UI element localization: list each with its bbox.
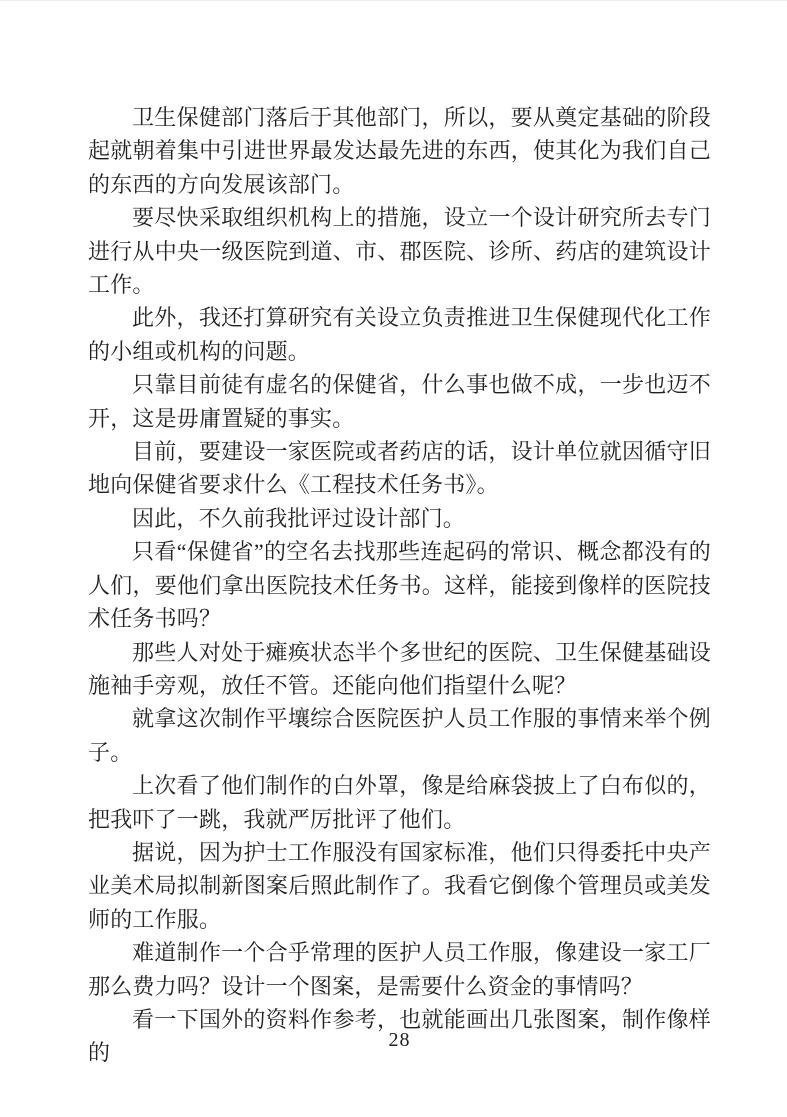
paragraph-7: 只看“保健省”的空名去找那些连起码的常识、概念都没有的人们，要他们拿出医院技术任… xyxy=(88,535,711,635)
paragraph-9: 就拿这次制作平壤综合医院医护人员工作服的事情来举个例子。 xyxy=(88,702,711,769)
scan-edge-line xyxy=(0,0,787,1)
body-text: 卫生保健部门落后于其他部门，所以，要从奠定基础的阶段起就朝着集中引进世界最发达最… xyxy=(88,101,711,1070)
paragraph-10: 上次看了他们制作的白外罩，像是给麻袋披上了白布似的，把我吓了一跳，我就严厉批评了… xyxy=(88,769,711,836)
paragraph-5: 目前，要建设一家医院或者药店的话，设计单位就因循守旧地向保健省要求什么《工程技术… xyxy=(88,435,711,502)
document-page: 卫生保健部门落后于其他部门，所以，要从奠定基础的阶段起就朝着集中引进世界最发达最… xyxy=(0,0,787,1117)
paragraph-1: 卫生保健部门落后于其他部门，所以，要从奠定基础的阶段起就朝着集中引进世界最发达最… xyxy=(88,101,711,201)
paragraph-6: 因此，不久前我批评过设计部门。 xyxy=(88,502,711,535)
paragraph-3: 此外，我还打算研究有关设立负责推进卫生保健现代化工作的小组或机构的问题。 xyxy=(88,301,711,368)
paragraph-12: 难道制作一个合乎常理的医护人员工作服，像建设一家工厂那么费力吗？设计一个图案，是… xyxy=(88,936,711,1003)
paragraph-4: 只靠目前徒有虚名的保健省，什么事也做不成，一步也迈不开，这是毋庸置疑的事实。 xyxy=(88,368,711,435)
paragraph-11: 据说，因为护士工作服没有国家标准，他们只得委托中央产业美术局拟制新图案后照此制作… xyxy=(88,836,711,936)
paragraph-8: 那些人对处于瘫痪状态半个多世纪的医院、卫生保健基础设施袖手旁观，放任不管。还能向… xyxy=(88,636,711,703)
page-number: 28 xyxy=(88,1028,711,1052)
paragraph-2: 要尽快采取组织机构上的措施，设立一个设计研究所去专门进行从中央一级医院到道、市、… xyxy=(88,201,711,301)
